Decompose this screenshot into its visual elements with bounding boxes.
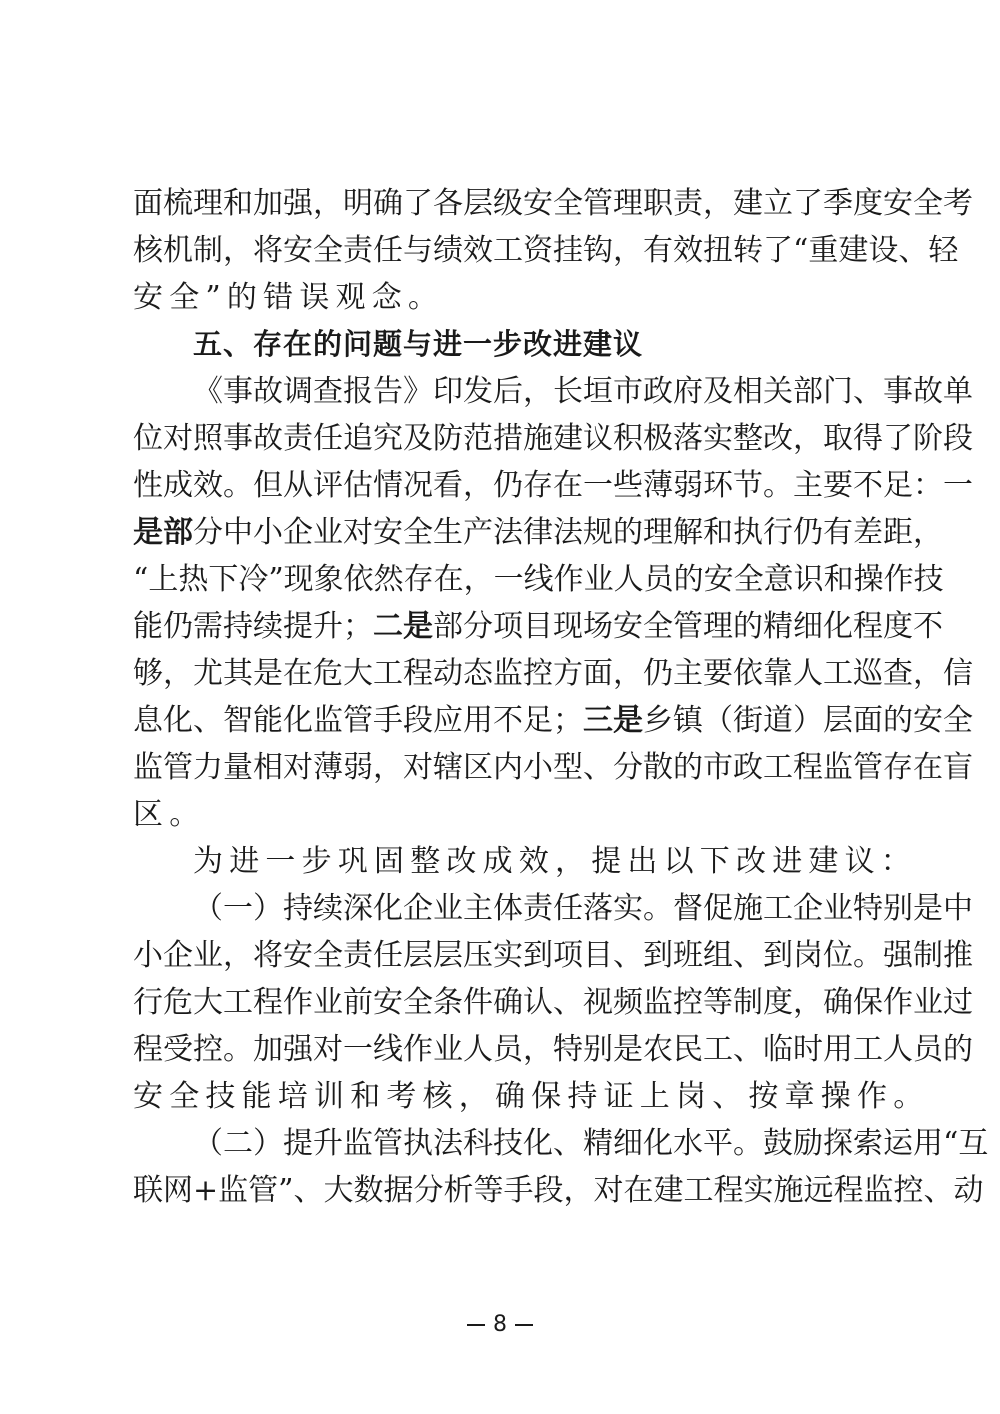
- text-line: （二）提升监管执法科技化、精细化水平。鼓励探索运用“互: [133, 1120, 881, 1167]
- dash-decoration: [515, 1324, 533, 1326]
- dash-decoration: [467, 1324, 485, 1326]
- text-line: 程受控。加强对一线作业人员，特别是农民工、临时用工人员的: [133, 1026, 881, 1073]
- text-span: 乡镇（街道）层面的安全: [643, 703, 973, 738]
- page-number: 8: [493, 1312, 507, 1337]
- text-line: 监管力量相对薄弱，对辖区内小型、分散的市政工程监管存在盲: [133, 744, 881, 791]
- text-line: 区。: [133, 791, 881, 838]
- text-line: 位对照事故责任追究及防范措施建议积极落实整改，取得了阶段: [133, 415, 881, 462]
- text-line: “上热下冷”现象依然存在，一线作业人员的安全意识和操作技: [133, 556, 881, 603]
- text-line: 面梳理和加强，明确了各层级安全管理职责，建立了季度安全考: [133, 180, 881, 227]
- text-line: （一）持续深化企业主体责任落实。督促施工企业特别是中: [133, 885, 881, 932]
- text-line: 是部分中小企业对安全生产法律法规的理解和执行仍有差距，: [133, 509, 881, 556]
- emphasis-text: 三是: [583, 703, 643, 738]
- text-line: 性成效。但从评估情况看，仍存在一些薄弱环节。主要不足：一: [133, 462, 881, 509]
- page-footer: 8: [0, 1312, 1000, 1337]
- text-span: 息化、智能化监管手段应用不足；: [133, 703, 583, 738]
- text-line: 安全”的错误观念。: [133, 274, 881, 321]
- text-line: 能仍需持续提升；二是部分项目现场安全管理的精细化程度不: [133, 603, 881, 650]
- text-line: 息化、智能化监管手段应用不足；三是乡镇（街道）层面的安全: [133, 697, 881, 744]
- section-heading: 五、存在的问题与进一步改进建议: [133, 321, 881, 368]
- text-line: 联网+监管”、大数据分析等手段，对在建工程实施远程监控、动: [133, 1167, 881, 1214]
- text-line: 安全技能培训和考核，确保持证上岗、按章操作。: [133, 1073, 881, 1120]
- emphasis-text: 二是: [373, 609, 433, 644]
- text-line: 《事故调查报告》印发后，长垣市政府及相关部门、事故单: [133, 368, 881, 415]
- document-page: 面梳理和加强，明确了各层级安全管理职责，建立了季度安全考 核机制，将安全责任与绩…: [0, 0, 1000, 1414]
- text-line: 为进一步巩固整改成效，提出以下改进建议：: [133, 838, 881, 885]
- text-line: 行危大工程作业前安全条件确认、视频监控等制度，确保作业过: [133, 979, 881, 1026]
- body-text: 面梳理和加强，明确了各层级安全管理职责，建立了季度安全考 核机制，将安全责任与绩…: [133, 180, 881, 1214]
- text-span: 分中小企业对安全生产法律法规的理解和执行仍有差距，: [193, 515, 943, 550]
- text-line: 小企业，将安全责任层层压实到项目、到班组、到岗位。强制推: [133, 932, 881, 979]
- text-span: 能仍需持续提升；: [133, 609, 373, 644]
- text-span: 部分项目现场安全管理的精细化程度不: [433, 609, 943, 644]
- text-line: 核机制，将安全责任与绩效工资挂钩，有效扭转了“重建设、轻: [133, 227, 881, 274]
- text-line: 够，尤其是在危大工程动态监控方面，仍主要依靠人工巡查，信: [133, 650, 881, 697]
- emphasis-text: 是部: [133, 515, 193, 550]
